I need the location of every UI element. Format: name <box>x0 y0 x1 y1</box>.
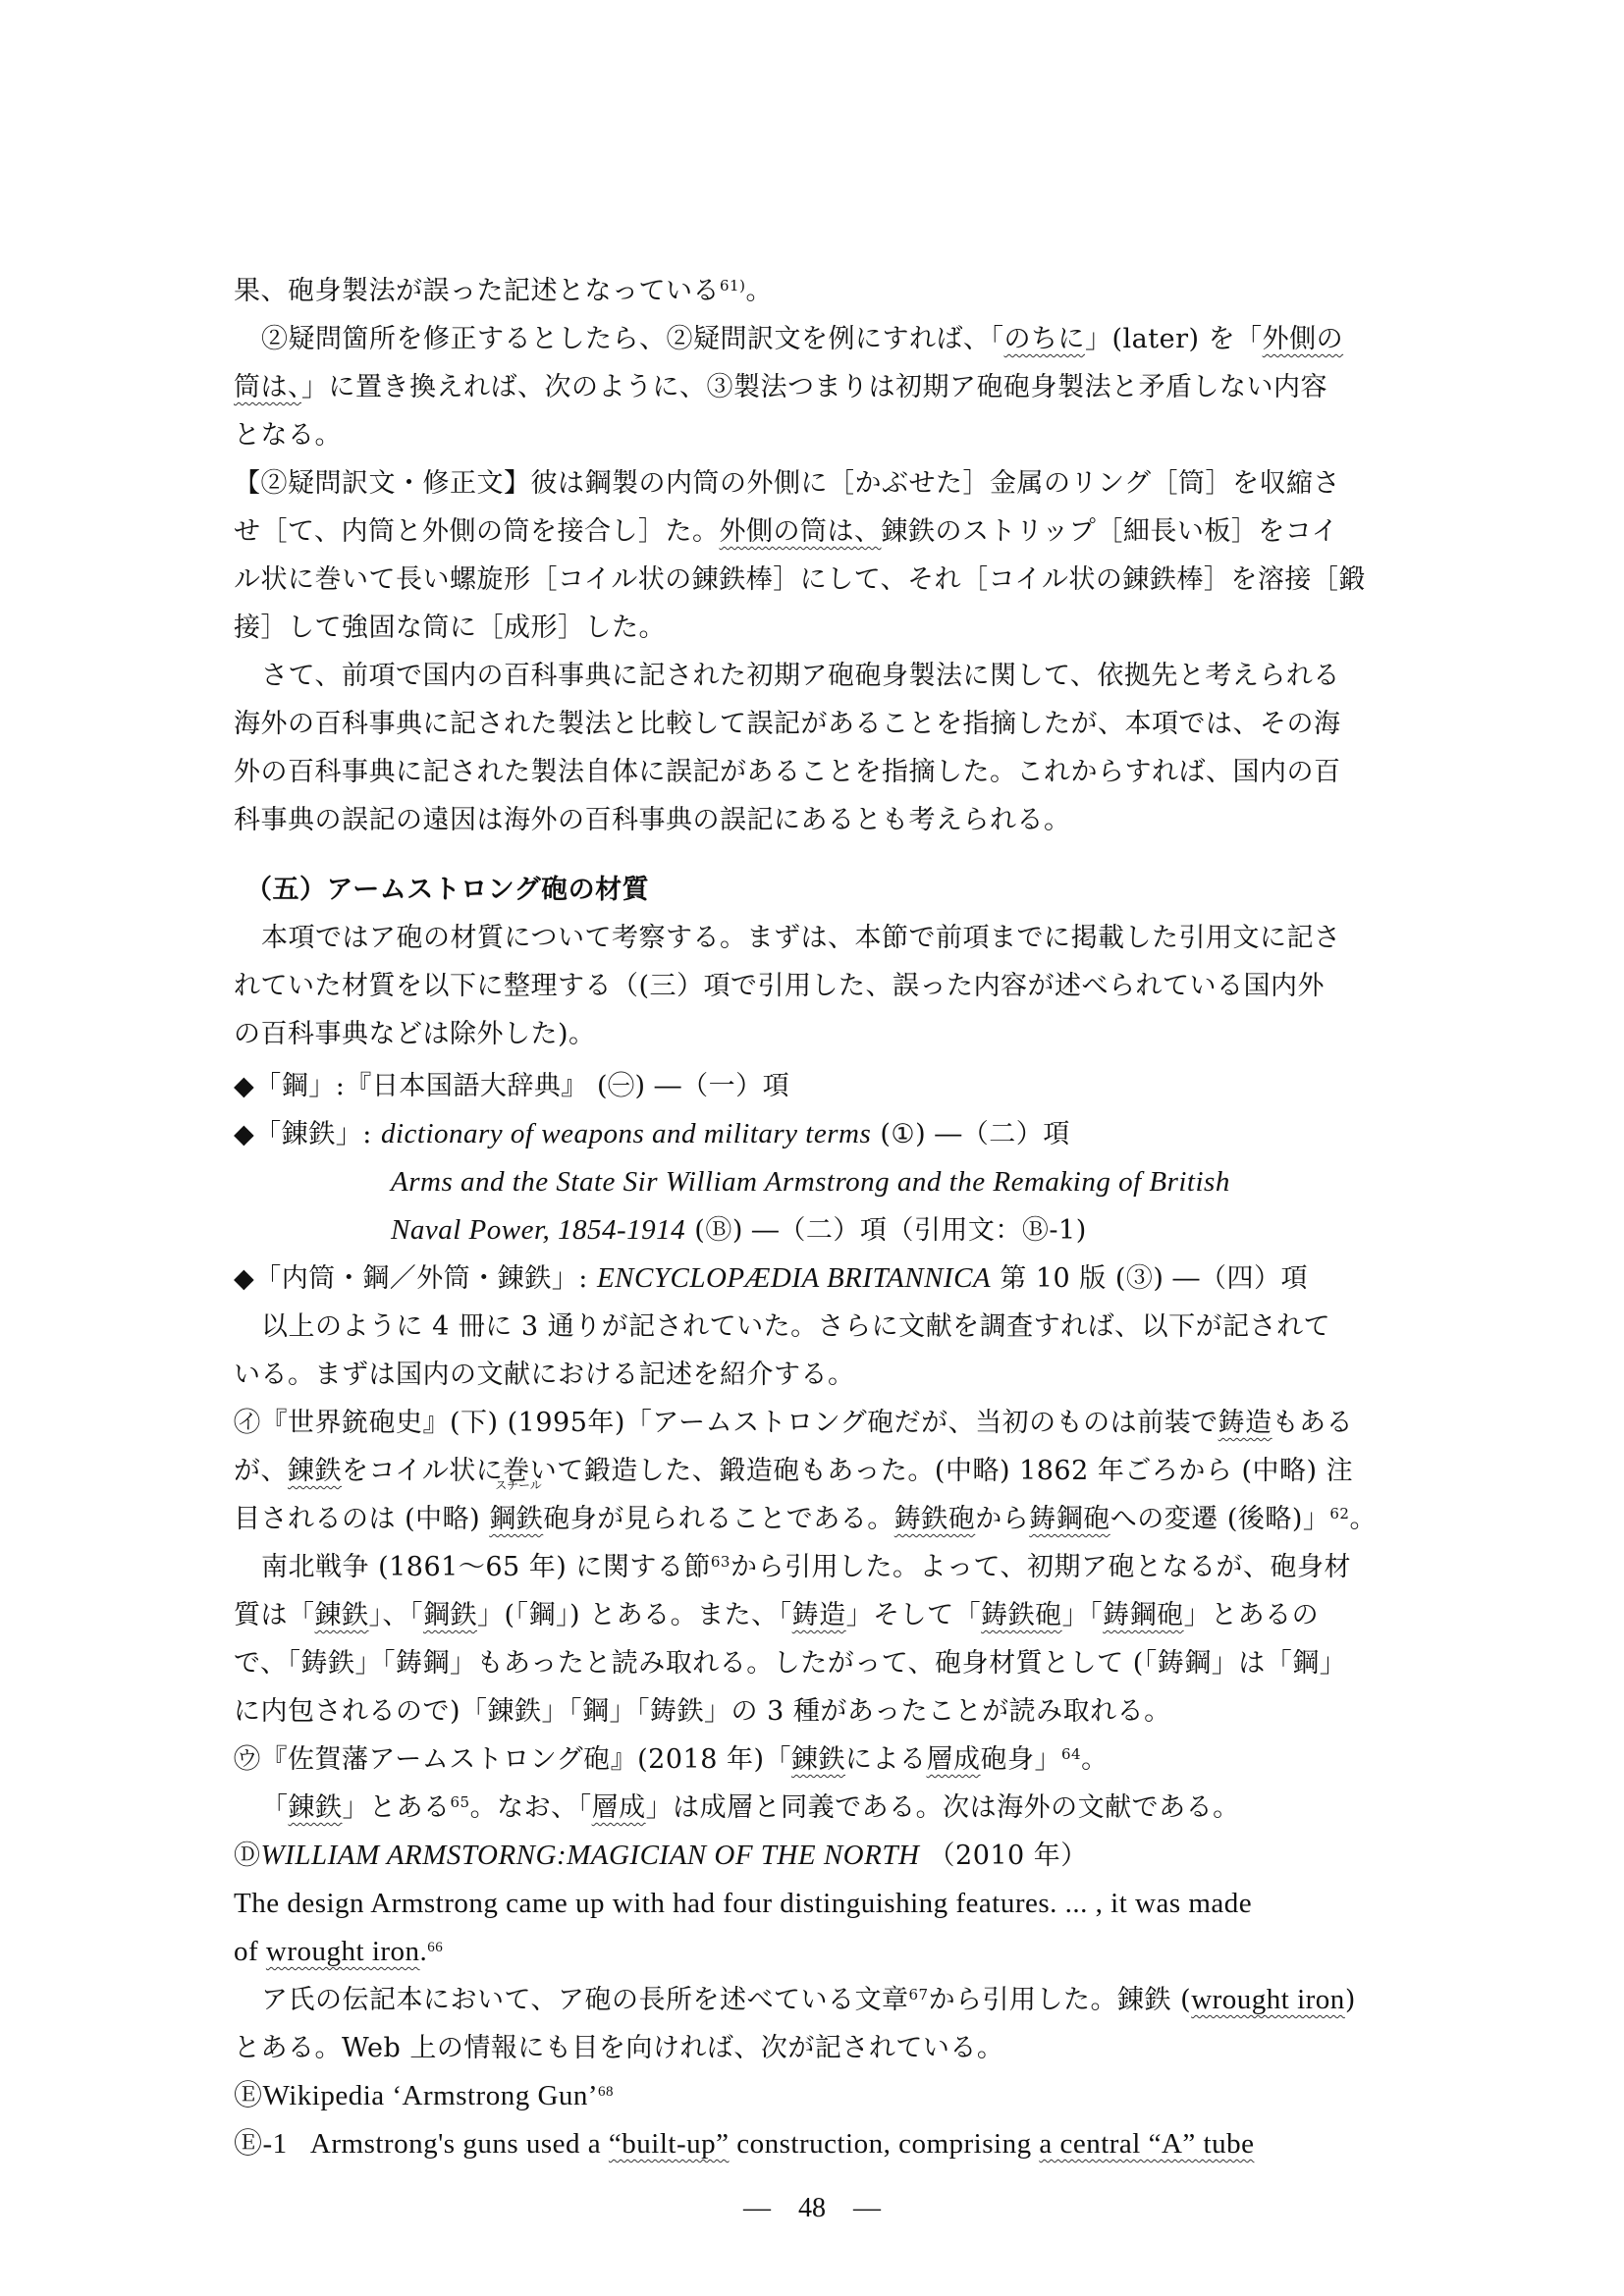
quote-line: が、錬鉄をコイル状に巻いて鍛造した、鍛造砲もあった。(中略) 1862 年ごろか… <box>234 1447 1402 1495</box>
text-line: ②疑問箇所を修正するとしたら、②疑問訳文を例にすれば、「のちに」(later) … <box>234 315 1402 363</box>
bullet-label: 「錬鉄」: <box>254 1119 372 1149</box>
text-line: 外の百科事典に記された製法自体に誤記があることを指摘した。これからすれば、国内の… <box>234 748 1402 796</box>
text-line: さて、前項で国内の百科事典に記された初期ア砲砲身製法に関して、依拠先と考えられる <box>234 652 1402 700</box>
text: から引用した。よって、初期ア砲となるが、砲身材 <box>731 1552 1351 1582</box>
text: 錬鉄のストリップ［細長い板］をコイ <box>881 516 1338 547</box>
diamond-bullet-icon: ◆ <box>234 1071 254 1101</box>
circled-d-icon: Ⓓ <box>234 1841 261 1871</box>
quote-line: The design Armstrong came up with had fo… <box>234 1880 1402 1928</box>
bullet-item: ◆「錬鉄」: dictionary of weapons and militar… <box>234 1110 1402 1158</box>
marked-text: 鋳鋼砲 <box>1029 1504 1110 1534</box>
text: による <box>845 1744 927 1775</box>
text: 。 <box>745 276 773 306</box>
dash-right: ― <box>853 2193 881 2223</box>
marked-text: 錬鉄 <box>315 1600 369 1630</box>
text: 目されるのは (中略) <box>234 1504 489 1534</box>
source-ref: (㊀) ―（一）項 <box>597 1071 789 1101</box>
source-title: ⒺWikipedia ‘Armstrong Gun’ <box>234 2080 598 2111</box>
ruby-text: スチール鋼鉄 <box>489 1495 543 1543</box>
diamond-bullet-icon: ◆ <box>234 1263 254 1294</box>
bullet-label: 「内筒・鋼／外筒・錬鉄」: <box>254 1263 588 1294</box>
text: 」、「 <box>369 1600 424 1630</box>
marked-text: 鋳造 <box>1218 1408 1272 1438</box>
text-line: に内包されるので)「錬鉄」「鋼」「鋳鉄」の 3 種があったことが読み取れる。 <box>234 1687 1402 1735</box>
quote-line: ⒹWILLIAM ARMSTORNG:MAGICIAN OF THE NORTH… <box>234 1832 1402 1880</box>
quote-line: Ⓔ-1 Armstrong's guns used a “built-up” c… <box>234 2120 1402 2168</box>
marked-text: 鋼鉄 <box>489 1504 543 1534</box>
text: 」そして「 <box>846 1600 982 1630</box>
marked-text: “built-up” <box>609 2128 730 2160</box>
text: 」とある <box>343 1792 451 1823</box>
marked-text: 筒は、 <box>234 372 301 402</box>
marked-text: 層成 <box>592 1792 646 1823</box>
marked-text: のちに <box>1004 324 1086 354</box>
footnote-ref: 66 <box>427 1940 443 1955</box>
text: 砲身が見られることである。 <box>543 1504 894 1534</box>
text-line: せ［て、内筒と外側の筒を接合し］た。外側の筒は、錬鉄のストリップ［細長い板］をコ… <box>234 507 1402 556</box>
text: ㋑『世界銃砲史』(下) (1995年)「アームストロング砲だが、当初のものは前装… <box>234 1408 1218 1438</box>
marked-text: wrought iron <box>1191 1984 1345 2015</box>
text: が、 <box>234 1456 288 1486</box>
text: 「 <box>261 1792 289 1823</box>
text: construction, comprising <box>729 2128 1039 2160</box>
bullet-item: ◆「鋼」:『日本国語大辞典』 (㊀) ―（一）項 <box>234 1062 1402 1110</box>
text: ㋒『佐賀藩アームストロング砲』(2018 年)「 <box>234 1744 791 1775</box>
text: 」(「鋼」) とある。また、「 <box>477 1600 792 1630</box>
bullet-item: ◆「内筒・鋼／外筒・錬鉄」: ENCYCLOPÆDIA BRITANNICA 第… <box>234 1255 1402 1303</box>
source-title: Arms and the State Sir William Armstrong… <box>391 1166 1230 1198</box>
text: への変遷 (後略)」 <box>1110 1504 1330 1534</box>
bullet-continuation: Naval Power, 1854-1914 (Ⓑ) ―（二）項（引用文：Ⓑ-1… <box>234 1206 1402 1255</box>
source-title: WILLIAM ARMSTORNG:MAGICIAN OF THE NORTH <box>261 1840 920 1871</box>
footnote-ref: 65 <box>451 1793 470 1811</box>
text-line: 果、砲身製法が誤った記述となっている61)。 <box>234 267 1402 315</box>
marked-text: 錬鉄 <box>289 1792 343 1823</box>
text-line: の百科事典などは除外した)。 <box>234 1010 1402 1058</box>
text-line: で、「鋳鉄」「鋳鋼」もあったと読み取れる。したがって、砲身材質として (「鋳鋼」… <box>234 1639 1402 1687</box>
item-label: Ⓔ-1 <box>234 2128 288 2160</box>
text-line: 海外の百科事典に記された製法と比較して誤記があることを指摘したが、本項では、その… <box>234 700 1402 748</box>
marked-text: 鋳造 <box>792 1600 846 1630</box>
text-line: 本項ではア砲の材質について考察する。まずは、本節で前項までに掲載した引用文に記さ <box>234 914 1402 962</box>
text-line: 科事典の誤記の遠因は海外の百科事典の誤記にあるとも考えられる。 <box>234 796 1402 844</box>
text-line: ア氏の伝記本において、ア砲の長所を述べている文章67から引用した。錬鉄 (wro… <box>234 1976 1402 2024</box>
quote-line: ㋒『佐賀藩アームストロング砲』(2018 年)「錬鉄による層成砲身」64。 <box>234 1735 1402 1784</box>
source-title: dictionary of weapons and military terms <box>381 1118 871 1149</box>
marked-text: 鋼鉄 <box>423 1600 477 1630</box>
text: せ［て、内筒と外側の筒を接合し］た。 <box>234 516 719 547</box>
text: ア氏の伝記本において、ア砲の長所を述べている文章 <box>261 1985 908 2015</box>
bullet-continuation: Arms and the State Sir William Armstrong… <box>234 1158 1402 1206</box>
text: をコイル状に巻いて鍛造した、鍛造砲もあった。(中略) 1862 年ごろから (中… <box>342 1456 1353 1486</box>
text: 。 <box>1081 1744 1109 1775</box>
marked-text: a central “A” tube <box>1039 2128 1254 2160</box>
text: 」「 <box>1062 1600 1104 1630</box>
text: から引用した。錬鉄 ( <box>929 1985 1192 2015</box>
diamond-bullet-icon: ◆ <box>234 1119 254 1149</box>
text: ②疑問箇所を修正するとしたら、②疑問訳文を例にすれば、「 <box>261 324 1004 354</box>
text: 砲身」 <box>981 1744 1062 1775</box>
text: 果、砲身製法が誤った記述となっている <box>234 276 720 306</box>
text: 。なお、「 <box>470 1792 592 1823</box>
footnote-ref: 61) <box>720 277 745 294</box>
text: 。 <box>1349 1504 1377 1534</box>
marked-text: 外側の <box>1263 324 1344 354</box>
text-line: いる。まずは国内の文献における記述を紹介する。 <box>234 1351 1402 1399</box>
text: 南北戦争 (1861～65 年) に関する節 <box>261 1552 711 1582</box>
text: 」(later) を「 <box>1085 324 1263 354</box>
marked-text: 錬鉄 <box>288 1456 342 1486</box>
text-line: 【②疑問訳文・修正文】彼は鋼製の内筒の外側に［かぶせた］金属のリング［筒］を収縮… <box>234 459 1402 507</box>
text: ) <box>1345 1985 1356 2015</box>
text-line: 筒は、」に置き換えれば、次のように、③製法つまりは初期ア砲砲身製法と矛盾しない内… <box>234 363 1402 411</box>
source-title: ENCYCLOPÆDIA BRITANNICA <box>597 1262 991 1294</box>
source-ref: 第 10 版 (③) ―（四）項 <box>1000 1263 1308 1294</box>
text-line: 「錬鉄」とある65。なお、「層成」は成層と同義である。次は海外の文献である。 <box>234 1784 1402 1832</box>
source-title: Naval Power, 1854-1914 <box>391 1214 685 1246</box>
text: 質は「 <box>234 1600 315 1630</box>
ruby-annotation: スチール <box>495 1479 542 1491</box>
section-heading: （五）アームストロング砲の材質 <box>234 866 1402 914</box>
page-footer: ―48― <box>0 2193 1624 2224</box>
text-line: 質は「錬鉄」、「鋼鉄」(「鋼」) とある。また、「鋳造」そして「鋳鉄砲」「鋳鋼砲… <box>234 1591 1402 1639</box>
source-ref: (①) ―（二）項 <box>880 1119 1069 1149</box>
text: もある <box>1272 1408 1354 1438</box>
document-body: 果、砲身製法が誤った記述となっている61)。 ②疑問箇所を修正するとしたら、②疑… <box>234 267 1402 2168</box>
text-line: 以上のように 4 冊に 3 通りが記されていた。さらに文献を調査すれば、以下が記… <box>234 1303 1402 1351</box>
source-ref: (Ⓑ) ―（二）項（引用文：Ⓑ-1) <box>694 1215 1086 1246</box>
text-line: 接］して強固な筒に［成形］した。 <box>234 604 1402 652</box>
footnote-ref: 64 <box>1061 1745 1081 1763</box>
text-line: 南北戦争 (1861～65 年) に関する節63から引用した。よって、初期ア砲と… <box>234 1543 1402 1591</box>
marked-text: 錬鉄 <box>791 1744 845 1775</box>
marked-text: wrought iron <box>266 1936 420 1967</box>
quote-line: ㋑『世界銃砲史』(下) (1995年)「アームストロング砲だが、当初のものは前装… <box>234 1399 1402 1447</box>
source-title: 『日本国語大辞典』 <box>345 1071 588 1101</box>
page-number: 48 <box>798 2193 826 2223</box>
text: 」に置き換えれば、次のように、③製法つまりは初期ア砲砲身製法と矛盾しない内容 <box>301 372 1327 402</box>
marked-text: 外側の筒は、 <box>719 516 881 547</box>
quote-line: ⒺWikipedia ‘Armstrong Gun’68 <box>234 2072 1402 2120</box>
text-line: とある。Web 上の情報にも目を向ければ、次が記されている。 <box>234 2024 1402 2072</box>
text-line: ル状に巻いて長い螺旋形［コイル状の錬鉄棒］にして、それ［コイル状の錬鉄棒］を溶接… <box>234 556 1402 604</box>
footnote-ref: 63 <box>711 1553 731 1571</box>
text: Armstrong's guns used a <box>310 2128 609 2160</box>
text-line: れていた材質を以下に整理する（(三）項で引用した、誤った内容が述べられている国内… <box>234 962 1402 1010</box>
marked-text: 鋳鋼砲 <box>1103 1600 1184 1630</box>
marked-text: 鋳鉄砲 <box>981 1600 1062 1630</box>
marked-text: 層成 <box>927 1744 981 1775</box>
text: 」は成層と同義である。次は海外の文献である。 <box>646 1792 1240 1823</box>
text: から <box>975 1504 1029 1534</box>
text: 」とあるの <box>1184 1600 1320 1630</box>
source-year: （2010 年） <box>929 1841 1088 1871</box>
quote-line: 目されるのは (中略) スチール鋼鉄砲身が見られることである。鋳鉄砲から鋳鋼砲へ… <box>234 1495 1402 1543</box>
quote-line: of wrought iron.66 <box>234 1928 1402 1976</box>
dash-left: ― <box>743 2193 771 2223</box>
footnote-ref: 67 <box>908 1986 928 2003</box>
bullet-label: 「鋼」: <box>254 1071 345 1101</box>
marked-text: 鋳鉄砲 <box>894 1504 976 1534</box>
text-line: となる。 <box>234 411 1402 459</box>
text: of <box>234 1936 266 1967</box>
footnote-ref: 62 <box>1329 1505 1349 1522</box>
footnote-ref: 68 <box>598 2084 614 2100</box>
